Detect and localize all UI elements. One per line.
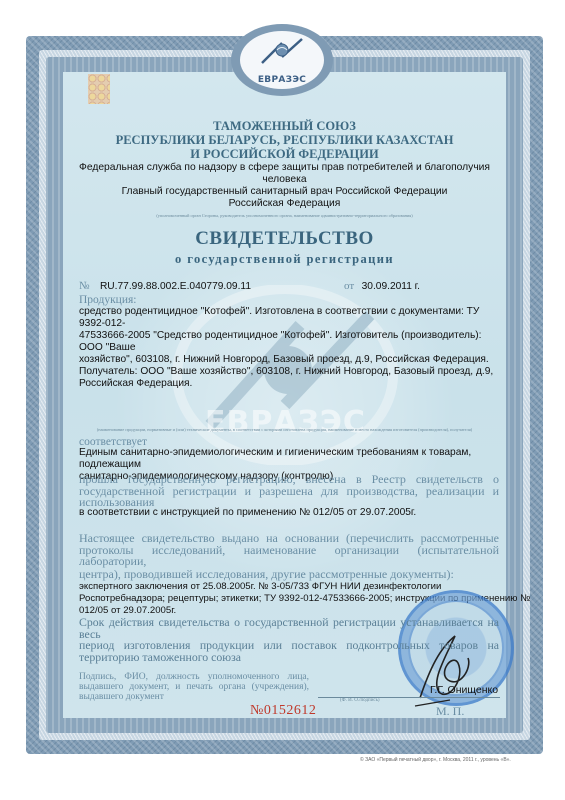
serial-number: №0152612 [250,703,316,719]
product-label: Продукция: [79,295,499,306]
registration-row: № RU.77.99.88.002.E.040779.09.11 от 30.0… [79,276,499,290]
validity-section: Срок действия свидетельства о государств… [79,617,499,663]
conformity-label: соответствует [79,437,499,447]
number-label: № [79,280,90,292]
product-caption: (наименование продукции, нормативные и (… [63,427,506,432]
product-line: Российская Федерация. [79,378,499,390]
registered-basis: в соответствии с инструкцией по применен… [79,507,499,519]
product-line: хозяйство", 603108, г. Нижний Новгород, … [79,354,499,366]
seal-place: М. П. [436,704,464,719]
eurasec-logo-text: ЕВРАЗЭС [258,75,306,85]
issuing-authority: Федеральная служба по надзору в сфере за… [63,162,506,210]
signature-caption: (Ф. И. О./подпись) [340,698,380,703]
basis-value: экспертного заключения от 25.08.2005г. №… [79,581,499,593]
document-title: СВИДЕТЕЛЬСТВО [63,228,506,250]
signatory-name: Г.Г. Онищенко [430,684,498,696]
date-label: от [344,280,354,292]
eurasec-emblem-icon [260,37,304,65]
product-line: Получатель: ООО "Ваше хозяйство", 603108… [79,366,499,378]
registration-date: 30.09.2011 г. [362,281,420,292]
document-subtitle: о государственной регистрации [63,252,506,267]
authority-caption: (уполномоченный орган Стороны, руководит… [63,213,506,218]
registration-number: RU.77.99.88.002.E.040779.09.11 [100,281,251,292]
product-line: средство родентицидное "Котофей". Изгото… [79,306,499,330]
product-section: Продукция: средство родентицидное "Котоф… [79,295,499,390]
eurasec-logo-badge: ЕВРАЗЭС [231,24,333,96]
customs-union-heading: ТАМОЖЕННЫЙ СОЮЗ РЕСПУБЛИКИ БЕЛАРУСЬ, РЕС… [63,119,506,161]
signature-label: Подпись, ФИО, должность уполномоченного … [79,672,309,702]
ornament-strip-left [88,74,110,104]
conformity-line: Единым санитарно-эпидемиологическим и ги… [79,447,499,471]
registered-section: прошла государственную регистрацию, внес… [79,474,499,519]
eurasec-watermark-text: ЕВРАЗЭС [205,405,366,440]
product-line: 47533666-2005 "Средство родентицидное "К… [79,330,499,354]
printer-note: © ЗАО «Первый печатный двор», г. Москва,… [360,757,511,763]
